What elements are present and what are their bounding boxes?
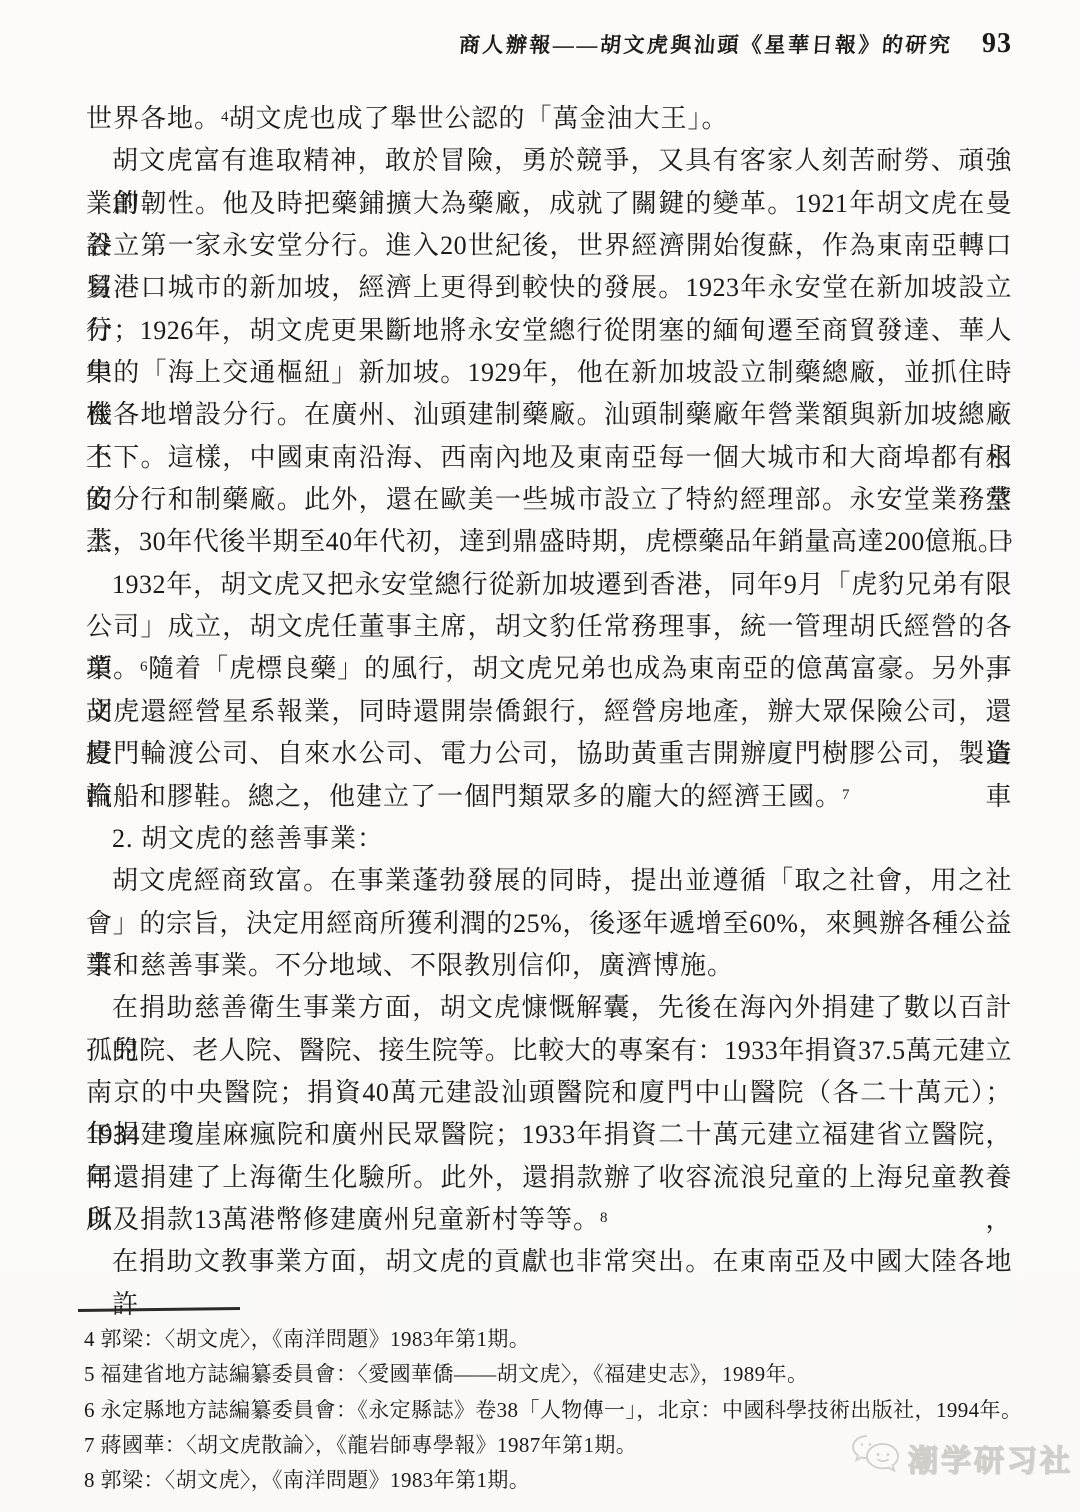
text-line: 會」的宗旨，決定用經商所獲利潤的25%，後逐年遞增至60%，來興辦各種公益事 [86,903,1012,945]
running-head-title: 商人辦報——胡文虎與汕頭《星華日報》的研究 [457,29,953,59]
footnote-item: 4 郭梁：〈胡文虎〉，《南洋問題》1983年第1期。 [84,1322,1034,1357]
text-line: 胡文虎經商致富。在事業蓬勃發展的同時，提出並遵循「取之社會，用之社 [86,860,1012,902]
text-line: 世界各地。4胡文虎也成了舉世公認的「萬金油大王」。 [86,98,1012,140]
footnote-marker: 6 [140,659,148,675]
text-line: 業和慈善事業。不分地域、不限教別信仰，廣濟博施。 [86,945,1012,987]
text-line: 孤兒院、老人院、醫院、接生院等。比較大的專案有：1933年捐資37.5萬元建立 [86,1030,1012,1072]
footnote-marker: 4 [221,109,229,125]
body-text: 世界各地。4胡文虎也成了舉世公認的「萬金油大王」。胡文虎富有進取精神，敢於冒險，… [86,98,1012,1284]
footnote-item: 6 永定縣地方誌編纂委員會：《永定縣誌》卷38「人物傳一」，北京：中國科學技術出… [84,1393,1034,1428]
text-line: 在各地增設分行。在廣州、汕頭建制藥廠。汕頭制藥廠年營業額與新加坡總廠不相 [86,394,1012,436]
text-line: 業的韌性。他及時把藥鋪擴大為藥廠，成就了關鍵的變革。1921年胡文虎在曼谷 [86,183,1012,225]
text-line: 上，30年代後半期至40年代初，達到鼎盛時期，虎標藥品年銷量高達200億瓶。5 [86,521,1012,563]
text-line: 行；1926年，胡文虎更果斷地將永安堂總行從閉塞的緬甸遷至商貿發達、華人集 [86,310,1012,352]
footnote-marker: 7 [842,787,850,803]
text-line: 設立第一家永安堂分行。進入20世紀後，世界經濟開始復蘇，作為東南亞轉口貿 [86,225,1012,267]
text-line: 的分行和制藥廠。此外，還在歐美一些城市設立了特約經理部。永安堂業務蒸蒸日 [86,479,1012,521]
watermark: 潮学研习社 [850,1432,1073,1483]
footnote-divider [78,1307,240,1312]
chat-bubbles-icon [850,1432,902,1483]
text-line: 1932年，胡文虎又把永安堂總行從新加坡遷到香港，同年9月「虎豹兄弟有限 [86,564,1012,606]
text-line: 中的「海上交通樞紐」新加坡。1929年，他在新加坡設立制藥總廠，並抓住時機 [86,352,1012,394]
text-line: 公司」成立，胡文虎任董事主席，胡文豹任常務理事，統一管理胡氏經營的各項事 [86,606,1012,648]
section-heading: 2. 胡文虎的慈善事業： [86,818,1012,860]
text-line: 業。6隨着「虎標良藥」的風行，胡文虎兄弟也成為東南亞的億萬富豪。另外，胡 [86,648,1012,690]
text-line: 在捐助文教事業方面，胡文虎的貢獻也非常突出。在東南亞及中國大陸各地許 [86,1241,1012,1283]
text-line: 南京的中央醫院；捐資40萬元建設汕頭醫院和廈門中山醫院（各二十萬元）；1934 [86,1072,1012,1114]
text-line: 年還捐建了上海衛生化驗所。此外，還捐款辦了收容流浪兒童的上海兒童教養所， [86,1157,1012,1199]
text-line: 易港口城市的新加坡，經濟上更得到較快的發展。1923年永安堂在新加坡設立分 [86,267,1012,309]
text-line: 廈門輪渡公司、自來水公司、電力公司，協助黃重吉開辦廈門樹膠公司，製造汽車 [86,733,1012,775]
text-line: 胡文虎富有進取精神，敢於冒險，勇於競爭，又具有客家人刻苦耐勞、頑強創 [86,140,1012,182]
footnote-item: 5 福建省地方誌編纂委員會：〈愛國華僑——胡文虎〉，《福建史志》，1989年。 [84,1357,1034,1392]
watermark-text: 潮学研习社 [908,1436,1073,1480]
text-line: 文虎還經營星系報業，同時還開崇僑銀行，經營房地產，辦大眾保險公司，還投資 [86,691,1012,733]
text-line: 年捐建瓊崖麻瘋院和廣州民眾醫院；1933年捐資二十萬元建立福建省立醫院，同 [86,1114,1012,1156]
running-head: 商人辦報——胡文虎與汕頭《星華日報》的研究 93 [0,28,1012,60]
footnote-marker: 8 [600,1210,608,1226]
document-page: 商人辦報——胡文虎與汕頭《星華日報》的研究 93 世界各地。4胡文虎也成了舉世公… [0,0,1080,1512]
text-line: 上下。這樣，中國東南沿海、西南內地及東南亞每一個大城市和大商埠都有永安堂 [86,437,1012,479]
page-number: 93 [982,28,1012,60]
text-line: 在捐助慈善衛生事業方面，胡文虎慷慨解囊，先後在海內外捐建了數以百計的 [86,987,1012,1029]
footnote-marker: 5 [1005,532,1013,548]
